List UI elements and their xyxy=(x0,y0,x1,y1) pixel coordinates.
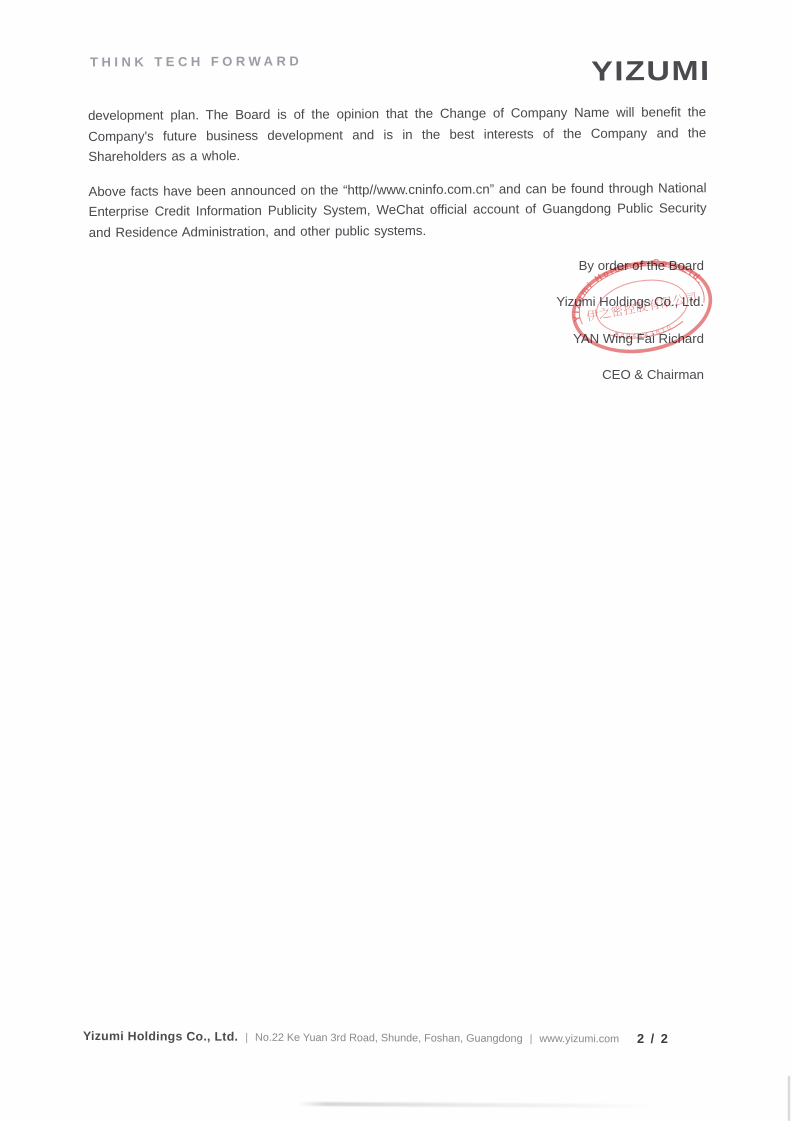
signature-title: CEO & Chairman xyxy=(556,357,704,393)
signature-name: YAN Wing Fai Richard xyxy=(556,321,704,357)
yizumi-logo: YIZUMI xyxy=(591,56,711,88)
scan-edge-artifact xyxy=(788,1076,790,1121)
signature-by-order: By order of the Board xyxy=(556,248,704,284)
letter-body: development plan. The Board is of the op… xyxy=(88,102,707,257)
footer-separator-2: | xyxy=(530,1033,533,1045)
page-number: 2 / 2 xyxy=(637,1031,669,1046)
footer-company-name: Yizumi Holdings Co., Ltd. xyxy=(83,1029,238,1044)
footer: Yizumi Holdings Co., Ltd. | No.22 Ke Yua… xyxy=(83,1029,619,1045)
footer-address: No.22 Ke Yuan 3rd Road, Shunde, Foshan, … xyxy=(255,1032,523,1045)
document-page: THINK TECH FORWARD YIZUMI development pl… xyxy=(0,0,793,1121)
signature-block: By order of the Board Yizumi Holdings Co… xyxy=(556,248,704,394)
paragraph-board-opinion: development plan. The Board is of the op… xyxy=(88,102,706,168)
footer-website: www.yizumi.com xyxy=(539,1033,619,1045)
brand-tagline: THINK TECH FORWARD xyxy=(90,53,302,69)
footer-separator-1: | xyxy=(245,1032,248,1044)
scan-smudge-artifact xyxy=(298,1102,658,1108)
signature-company: Yizumi Holdings Co., Ltd. xyxy=(556,284,704,320)
paragraph-announcement: Above facts have been announced on the “… xyxy=(88,178,706,244)
